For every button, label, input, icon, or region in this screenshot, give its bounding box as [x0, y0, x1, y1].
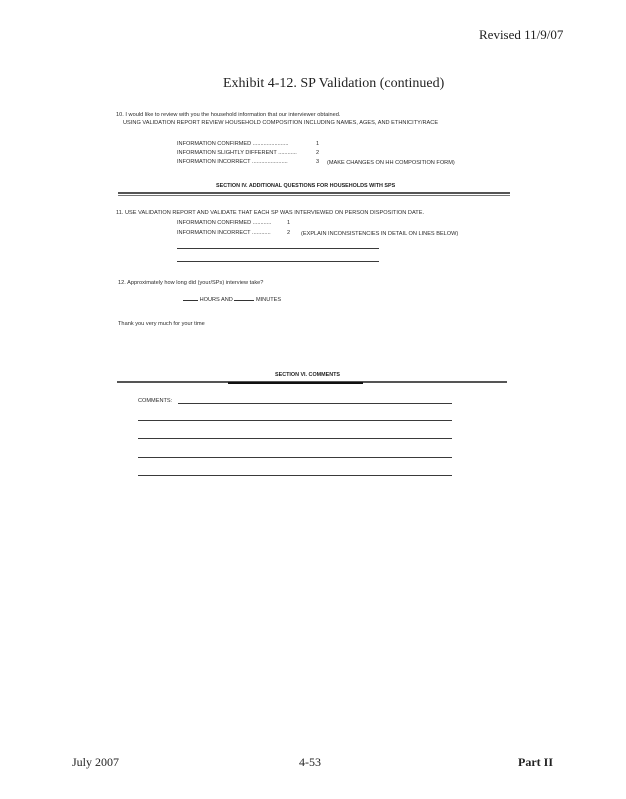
- q10-instruction: USING VALIDATION REPORT REVIEW HOUSEHOLD…: [123, 120, 438, 126]
- q12-question: 12. Approximately how long did (your/SPs…: [118, 280, 263, 286]
- q11-option-code[interactable]: 1: [287, 220, 290, 226]
- q10-option-code[interactable]: 2: [316, 150, 319, 156]
- thank-you-note: Thank you very much for your time: [118, 321, 205, 327]
- revised-date: Revised 11/9/07: [479, 27, 563, 43]
- q10-option-code[interactable]: 3: [316, 159, 319, 165]
- section-divider: [118, 195, 510, 196]
- option-label: INFORMATION CONFIRMED ............: [177, 220, 271, 226]
- q10-option-confirmed[interactable]: INFORMATION CONFIRMED ..................…: [177, 141, 288, 147]
- minutes-label: MINUTES: [256, 297, 281, 303]
- hours-input[interactable]: [183, 294, 198, 301]
- footer-part: Part II: [518, 755, 553, 770]
- comments-line-1[interactable]: [178, 403, 452, 404]
- explanation-line-2[interactable]: [177, 261, 379, 262]
- q12-duration-row: HOURS AND MINUTES: [183, 294, 281, 303]
- option-label: INFORMATION INCORRECT ............: [177, 230, 271, 236]
- option-label: INFORMATION INCORRECT ..................…: [177, 159, 288, 165]
- q11-option-code[interactable]: 2: [287, 230, 290, 236]
- q10-option-note: (MAKE CHANGES ON HH COMPOSITION FORM): [327, 160, 455, 166]
- comments-line-5[interactable]: [138, 475, 452, 476]
- page-number: 4-53: [299, 755, 321, 770]
- q10-option-code[interactable]: 1: [316, 141, 319, 147]
- comments-label: COMMENTS:: [138, 398, 172, 404]
- q11-option-incorrect[interactable]: INFORMATION INCORRECT ............: [177, 230, 271, 236]
- comments-line-2[interactable]: [138, 420, 452, 421]
- comments-line-4[interactable]: [138, 457, 452, 458]
- minutes-input[interactable]: [234, 294, 254, 301]
- section-divider-accent: [228, 382, 363, 384]
- q10-option-slightly-different[interactable]: INFORMATION SLIGHTLY DIFFERENT .........…: [177, 150, 297, 156]
- option-label: INFORMATION CONFIRMED ..................…: [177, 141, 288, 147]
- q11-option-confirmed[interactable]: INFORMATION CONFIRMED ............: [177, 220, 271, 226]
- option-label: INFORMATION SLIGHTLY DIFFERENT .........…: [177, 150, 297, 156]
- section-divider: [118, 192, 510, 194]
- explanation-line-1[interactable]: [177, 248, 379, 249]
- q11-instruction: 11. USE VALIDATION REPORT AND VALIDATE T…: [116, 210, 424, 216]
- comments-line-3[interactable]: [138, 438, 452, 439]
- q11-option-note: (EXPLAIN INCONSISTENCIES IN DETAIL ON LI…: [301, 231, 458, 237]
- page-title: Exhibit 4-12. SP Validation (continued): [223, 76, 444, 92]
- q10-intro: 10. I would like to review with you the …: [116, 112, 340, 118]
- q10-option-incorrect[interactable]: INFORMATION INCORRECT ..................…: [177, 159, 288, 165]
- footer-date: July 2007: [72, 755, 119, 770]
- section-iv-heading: SECTION IV. ADDITIONAL QUESTIONS FOR HOU…: [216, 183, 395, 189]
- section-vi-heading: SECTION VI. COMMENTS: [275, 372, 340, 378]
- hours-label: HOURS AND: [200, 297, 233, 303]
